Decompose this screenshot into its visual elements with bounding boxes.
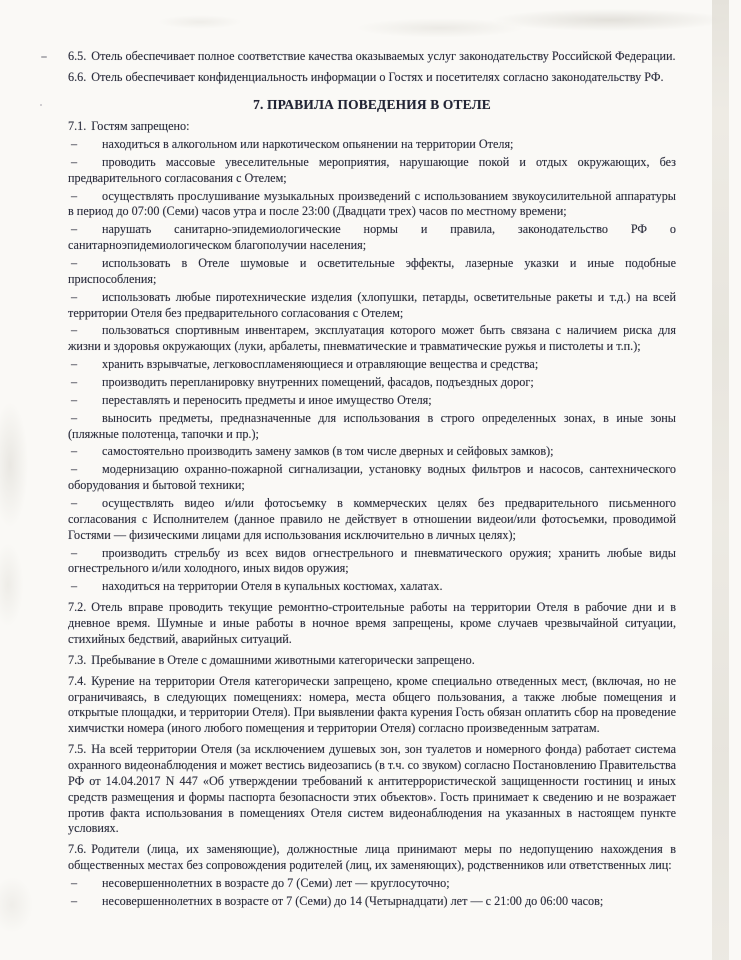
list-item-text: хранить взрывчатые, легковоспламеняющиес… (102, 357, 538, 371)
list-item: –осуществлять прослушивание музыкальных … (68, 189, 676, 221)
dash-marker: – (68, 496, 102, 512)
list-item-text: использовать любые пиротехнические издел… (68, 290, 676, 320)
list-item: –несовершеннолетних в возрасте от 7 (Сем… (68, 894, 676, 910)
list-item-text: самостоятельно производить замену замков… (102, 444, 554, 458)
list-item: –хранить взрывчатые, легковоспламеняющие… (68, 357, 676, 373)
paragraph: 6.5.Отель обеспечивает полное соответств… (68, 49, 676, 65)
paragraph: 6.6.Отель обеспечивает конфиденциальност… (68, 70, 676, 86)
list-item: –осуществлять видео и/или фотосъемку в к… (68, 496, 676, 544)
dash-marker: – (68, 375, 102, 391)
dash-marker: – (68, 894, 102, 910)
clause-number: 7.1. (68, 119, 91, 133)
list-item: –самостоятельно производить замену замко… (68, 444, 676, 460)
dash-marker: – (68, 357, 102, 373)
dash-marker: – (68, 393, 102, 409)
clause-number: 7.4. (68, 674, 91, 688)
dash-marker: – (68, 290, 102, 306)
paragraph-text: Отель вправе проводить текущие ремонтно-… (68, 600, 676, 646)
dash-marker: – (68, 462, 102, 478)
list-item-text: использовать в Отеле шумовые и осветител… (68, 256, 676, 286)
list-item-text: осуществлять прослушивание музыкальных п… (68, 189, 676, 219)
list-item: –выносить предметы, предназначенные для … (68, 411, 676, 443)
scanned-page: { "page": { "background": "#faf9f6", "in… (0, 0, 741, 960)
list-item-text: несовершеннолетних в возрасте от 7 (Семи… (102, 894, 603, 908)
list-item: –находиться на территории Отеля в купаль… (68, 579, 676, 595)
list-item: –переставлять и переносить предметы и ин… (68, 393, 676, 409)
list-item: –пользоваться спортивным инвентарем, экс… (68, 323, 676, 355)
paragraph-text: Пребывание в Отеле с домашними животными… (91, 653, 474, 667)
list-item-text: выносить предметы, предназначенные для и… (68, 411, 676, 441)
list-item: –использовать любые пиротехнические изде… (68, 290, 676, 322)
section-heading: 7. ПРАВИЛА ПОВЕДЕНИЯ В ОТЕЛЕ (68, 96, 676, 113)
list-item: –проводить массовые увеселительные мероп… (68, 155, 676, 187)
dash-marker: – (68, 444, 102, 460)
clause-number: 7.3. (68, 653, 91, 667)
scan-edge-shadow (712, 0, 729, 960)
clause-number: 7.6. (68, 842, 91, 856)
clause-number: 7.5. (68, 742, 91, 756)
list-item: –производить перепланировку внутренних п… (68, 375, 676, 391)
list-item: –производить стрельбу из всех видов огне… (68, 546, 676, 578)
list-item-text: нарушать санитарно-эпидемиологические но… (68, 222, 676, 252)
dash-marker: – (68, 411, 102, 427)
list-item-text: производить стрельбу из всех видов огнес… (68, 546, 676, 576)
clause-number: 6.5. (68, 49, 91, 63)
list-item-text: проводить массовые увеселительные меропр… (68, 155, 676, 185)
list-item: –нарушать санитарно-эпидемиологические н… (68, 222, 676, 254)
list-item-text: модернизацию охранно-пожарной сигнализац… (68, 462, 676, 492)
dash-marker: – (68, 876, 102, 892)
paragraph: 7.1.Гостям запрещено: (68, 119, 676, 135)
list-item-text: находиться на территории Отеля в купальн… (102, 579, 443, 593)
list-item-text: несовершеннолетних в возрасте до 7 (Семи… (102, 876, 450, 890)
list-item: –использовать в Отеле шумовые и осветите… (68, 256, 676, 288)
list-item-text: находиться в алкогольном или наркотическ… (102, 137, 513, 151)
list-item-text: производить перепланировку внутренних по… (102, 375, 534, 389)
dash-marker: – (68, 546, 102, 562)
paragraph-text: Гостям запрещено: (91, 119, 189, 133)
dash-marker: – (68, 155, 102, 171)
paragraph-text: Родители (лица, их заменяющие), должност… (68, 842, 676, 872)
dash-marker: – (68, 256, 102, 272)
paragraph-text: Отель обеспечивает конфиденциальность ин… (91, 70, 663, 84)
paragraph-text: Отель обеспечивает полное соответствие к… (91, 49, 675, 63)
dash-marker: – (68, 189, 102, 205)
paragraph: 7.4.Курение на территории Отеля категори… (68, 674, 676, 737)
scan-speck (40, 104, 42, 106)
clause-number: 6.6. (68, 70, 91, 84)
dash-marker: – (68, 137, 102, 153)
paragraph: 7.5.На всей территории Отеля (за исключе… (68, 742, 676, 837)
list-item-text: переставлять и переносить предметы и ино… (102, 393, 432, 407)
list-item: –находиться в алкогольном или наркотичес… (68, 137, 676, 153)
list-item-text: осуществлять видео и/или фотосъемку в ко… (68, 496, 676, 542)
dash-marker: – (68, 579, 102, 595)
paragraph-text: На всей территории Отеля (за исключением… (68, 742, 676, 835)
paragraph: 7.6.Родители (лица, их заменяющие), долж… (68, 842, 676, 874)
document-body: 6.5.Отель обеспечивает полное соответств… (68, 44, 676, 910)
paragraph: 7.2.Отель вправе проводить текущие ремон… (68, 600, 676, 648)
list-item: –модернизацию охранно-пожарной сигнализа… (68, 462, 676, 494)
dash-marker: – (68, 222, 102, 238)
paragraph-text: Курение на территории Отеля категорическ… (68, 674, 676, 736)
list-item: –несовершеннолетних в возрасте до 7 (Сем… (68, 876, 676, 892)
paragraph: 7.3.Пребывание в Отеле с домашними живот… (68, 653, 676, 669)
dash-marker: – (68, 323, 102, 339)
scan-speck (41, 56, 47, 58)
clause-number: 7.2. (68, 600, 91, 614)
list-item-text: пользоваться спортивным инвентарем, эксп… (68, 323, 676, 353)
